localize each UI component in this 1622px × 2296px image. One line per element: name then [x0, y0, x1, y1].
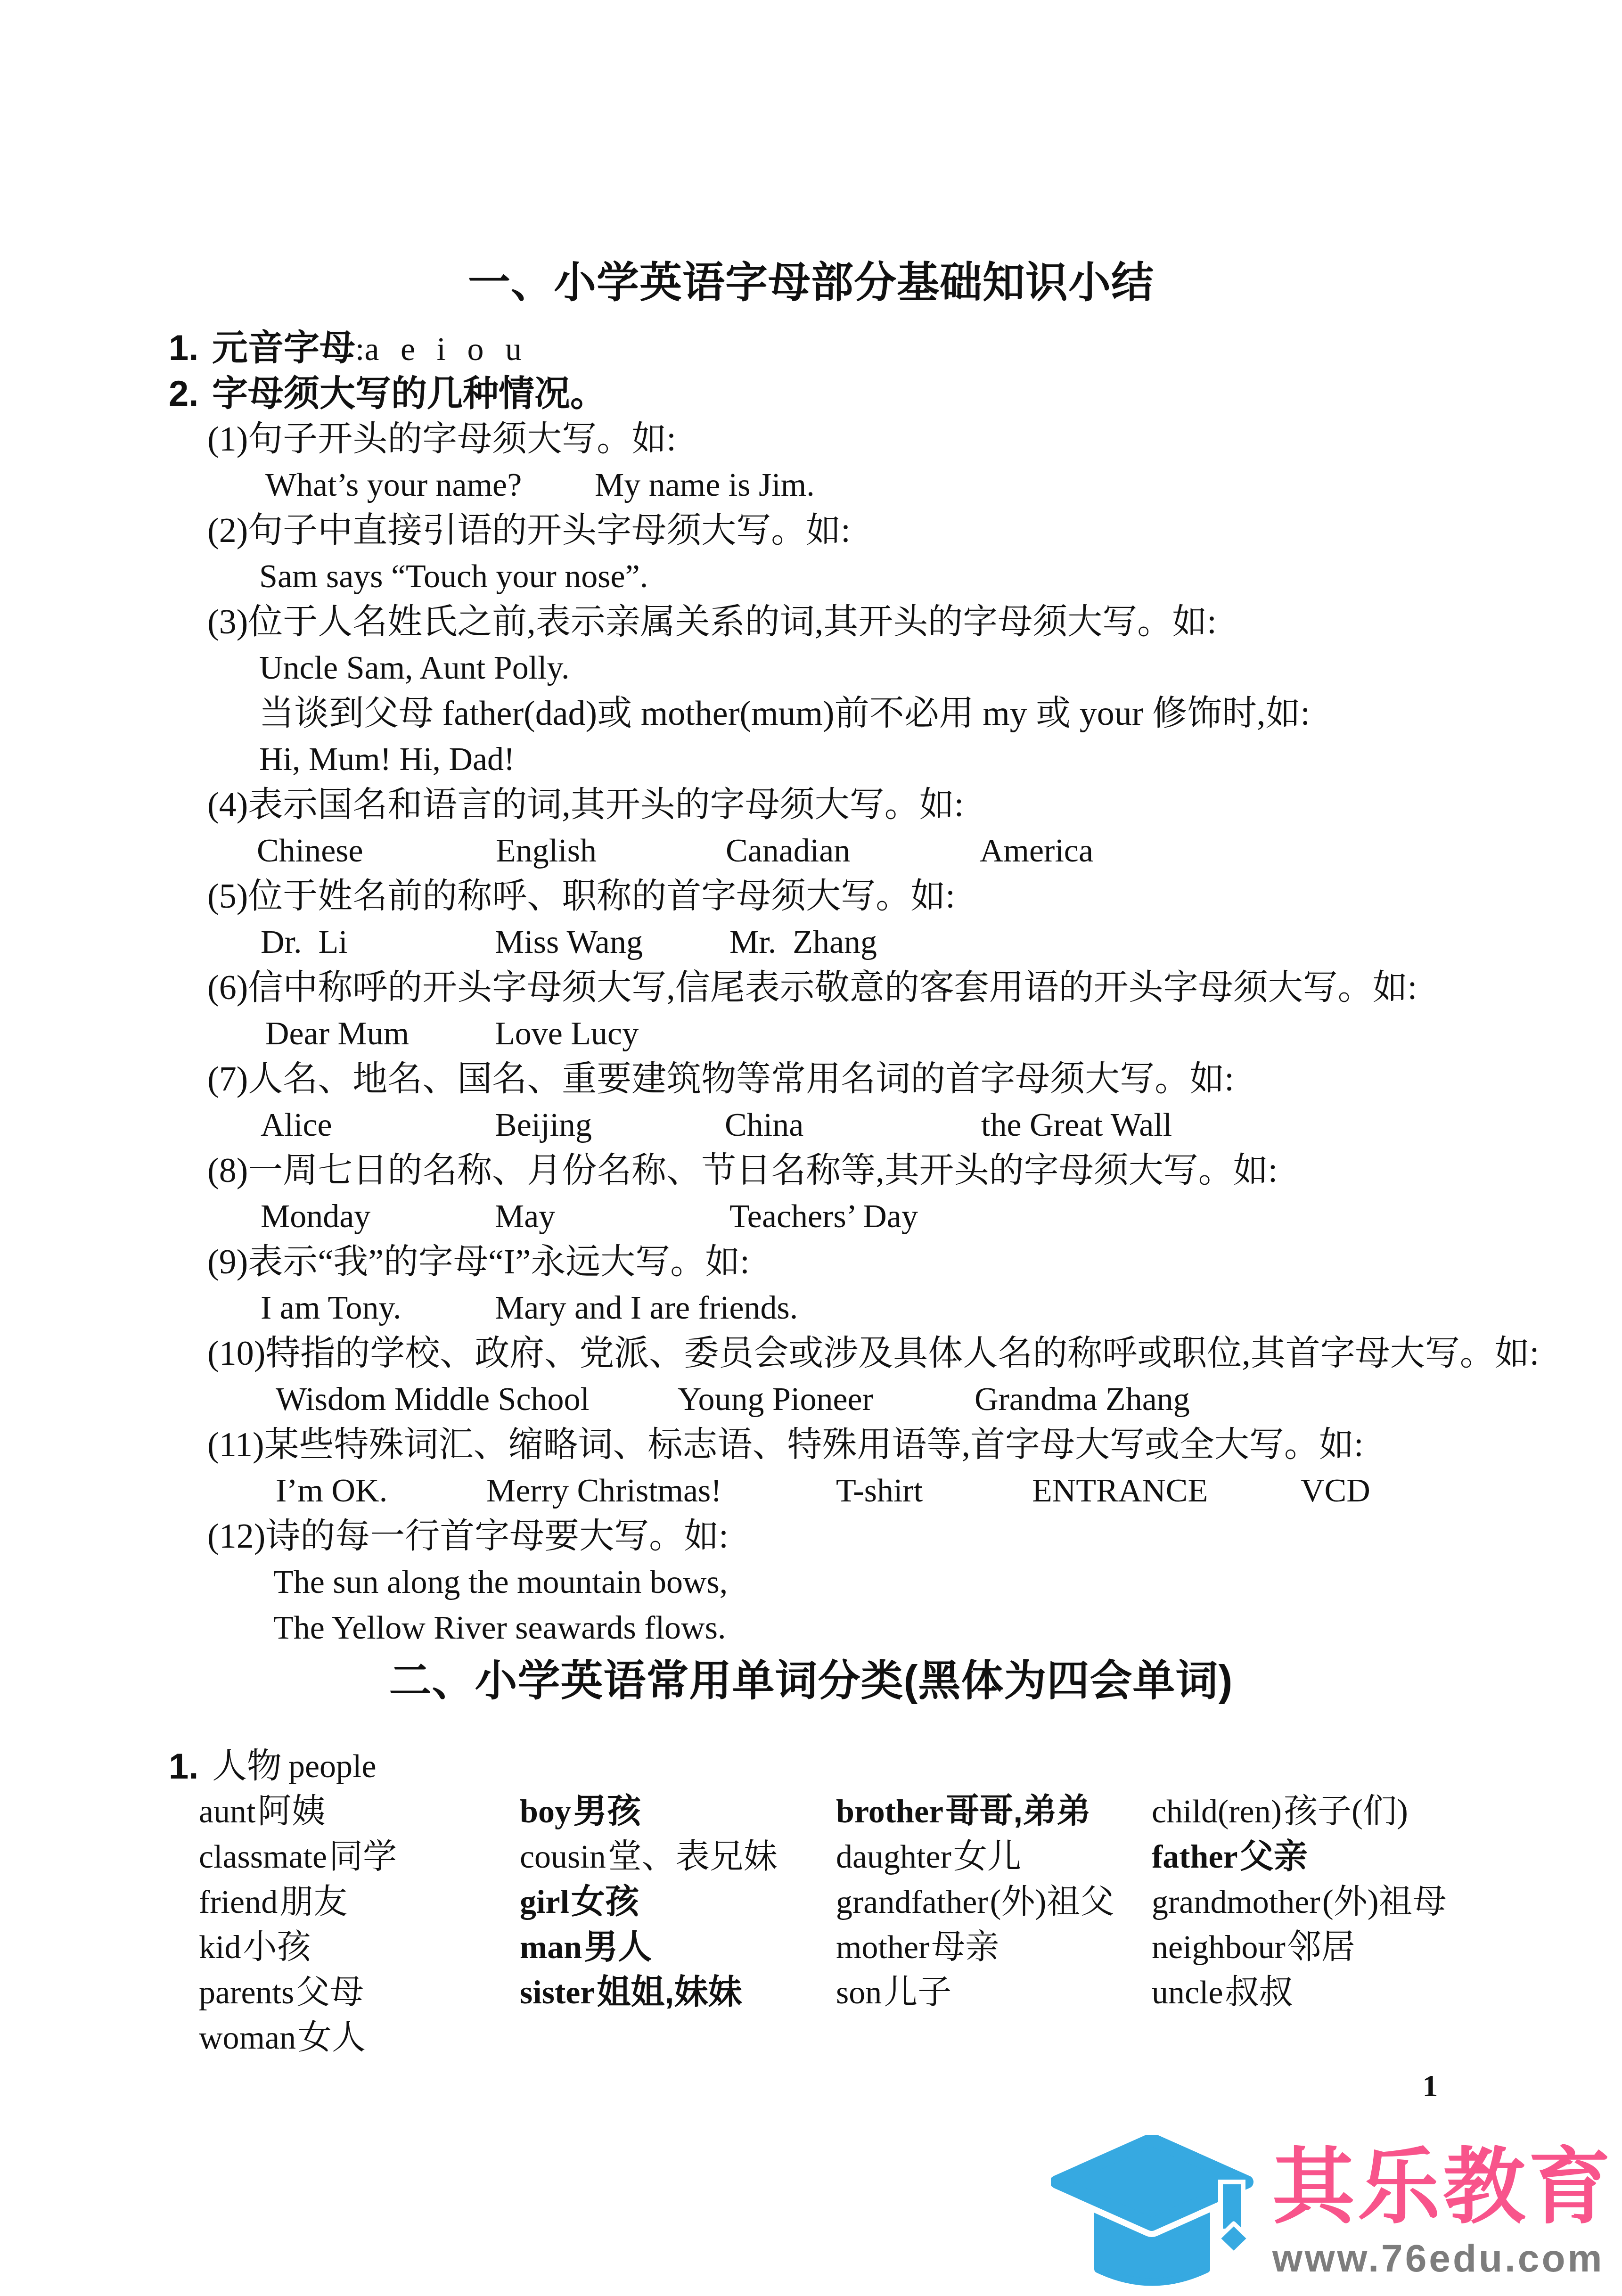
- doc-line: Sam says “Touch your nose”.: [0, 554, 1622, 599]
- doc-line: I am Tony.Mary and I are friends.: [0, 1285, 1622, 1331]
- example-item: Mary and I are friends.: [495, 1285, 798, 1331]
- note-text: 当谈到父母 father(dad)或 mother(mum)前不必用 my 或 …: [259, 691, 1310, 737]
- example-item: Alice: [261, 1102, 332, 1148]
- publisher-name: 其乐教育: [1272, 2145, 1614, 2230]
- doc-line: (5)位于姓名前的称呼、职称的首字母须大写。如:: [0, 874, 1622, 919]
- word-chinese: 女人: [298, 2018, 366, 2056]
- word-row: parents 父母sister 姐姐,妹妹son 儿子uncle 叔叔: [0, 1969, 1622, 2015]
- word-english: father: [1152, 1839, 1238, 1875]
- example-item: Canadian: [726, 828, 850, 874]
- category-number: 1.: [169, 1744, 198, 1789]
- doc-line: (2)句子中直接引语的开头字母须大写。如:: [0, 508, 1622, 554]
- example-item: T-shirt: [836, 1468, 923, 1514]
- rule-text: (3)位于人名姓氏之前,表示亲属关系的词,其开头的字母须大写。如:: [207, 599, 1217, 645]
- word-english: cousin: [520, 1839, 606, 1875]
- example-item: Teachers’ Day: [729, 1194, 918, 1239]
- rule-text: (10)特指的学校、政府、党派、委员会或涉及具体人名的称呼或职位,其首字母大写。…: [207, 1331, 1539, 1377]
- word-row: aunt 阿姨boy 男孩brother 哥哥,弟弟child(ren) 孩子(…: [0, 1788, 1622, 1834]
- graduation-cap-icon: [1051, 2135, 1277, 2295]
- section1-title: 一、小学英语字母部分基础知识小结: [0, 257, 1622, 309]
- word-chinese: 同学: [329, 1837, 397, 1875]
- example-item: I’m OK.: [276, 1468, 387, 1514]
- doc-line: (9)表示“我”的字母“I”永远大写。如:: [0, 1239, 1622, 1285]
- rule-text: (2)句子中直接引语的开头字母须大写。如:: [207, 508, 851, 554]
- doc-line: (12)诗的每一行首字母要大写。如:: [0, 1514, 1622, 1559]
- word-english: child(ren): [1152, 1794, 1282, 1830]
- example-item: What’s your name?: [265, 462, 522, 508]
- example-item: Young Pioneer: [678, 1377, 873, 1422]
- word-chinese: 阿姨: [258, 1792, 326, 1830]
- category-name-en: people: [288, 1744, 377, 1789]
- page-number: 1: [1402, 2070, 1458, 2103]
- example-item: Uncle Sam, Aunt Polly.: [259, 645, 570, 691]
- word-chinese: 女儿: [953, 1837, 1021, 1875]
- example-item: Sam says “Touch your nose”.: [259, 554, 648, 599]
- word-chinese: 哥哥,弟弟: [945, 1792, 1090, 1830]
- doc-line: What’s your name?My name is Jim.: [0, 462, 1622, 508]
- doc-line: (8)一周七日的名称、月份名称、节日名称等,其开头的字母须大写。如:: [0, 1148, 1622, 1194]
- word-chinese: 男人: [584, 1928, 652, 1966]
- doc-line: (3)位于人名姓氏之前,表示亲属关系的词,其开头的字母须大写。如:: [0, 599, 1622, 645]
- word-chinese: (外)祖母: [1322, 1883, 1447, 1920]
- line-bold-text: 字母须大写的几种情况。: [212, 374, 606, 414]
- word-chinese: 邻居: [1287, 1928, 1355, 1966]
- example-item: My name is Jim.: [595, 462, 815, 508]
- mortarboard-shape: [1057, 2140, 1247, 2224]
- section2-category-header: 1. 人物 people: [0, 1744, 1622, 1789]
- rule-text: (11)某些特殊词汇、缩略词、标志语、特殊用语等,首字母大写或全大写。如:: [207, 1422, 1364, 1468]
- example-item: the Great Wall: [981, 1102, 1172, 1148]
- word-chinese: 朋友: [279, 1883, 347, 1920]
- example-item: Dr. Li: [261, 919, 348, 965]
- example-item: China: [725, 1102, 803, 1148]
- word-english: kid: [199, 1929, 241, 1966]
- word-english: aunt: [199, 1794, 256, 1830]
- example-item: ENTRANCE: [1032, 1468, 1208, 1514]
- word-chinese: 女孩: [571, 1883, 639, 1920]
- word-chinese: 儿子: [884, 1973, 951, 2011]
- doc-line: 当谈到父母 father(dad)或 mother(mum)前不必用 my 或 …: [0, 691, 1622, 737]
- doc-line: I’m OK.Merry Christmas!T-shirtENTRANCEVC…: [0, 1468, 1622, 1514]
- doc-line: (10)特指的学校、政府、党派、委员会或涉及具体人名的称呼或职位,其首字母大写。…: [0, 1331, 1622, 1377]
- doc-line: Uncle Sam, Aunt Polly.: [0, 645, 1622, 691]
- word-english: friend: [199, 1884, 278, 1920]
- doc-line: MondayMayTeachers’ Day: [0, 1194, 1622, 1239]
- example-item: Beijing: [495, 1102, 592, 1148]
- tassel-knob-shape: [1218, 2223, 1249, 2254]
- example-item: The sun along the mountain bows,: [273, 1559, 728, 1605]
- page: 一、小学英语字母部分基础知识小结 1.元音字母:a e i o u2.字母须大写…: [0, 0, 1622, 2296]
- word-english: brother: [836, 1794, 943, 1830]
- word-english: classmate: [199, 1839, 327, 1875]
- word-english: uncle: [1152, 1975, 1223, 2011]
- category-name-cn: 人物: [212, 1744, 282, 1789]
- word-chinese: (外)祖父: [990, 1883, 1114, 1920]
- word-english: mother: [836, 1929, 929, 1966]
- doc-line: (11)某些特殊词汇、缩略词、标志语、特殊用语等,首字母大写或全大写。如:: [0, 1422, 1622, 1468]
- cap-gap-shape: [1057, 2140, 1247, 2224]
- example-item: Mr. Zhang: [729, 919, 877, 965]
- doc-line: 1.元音字母:a e i o u: [0, 325, 1622, 371]
- word-row: friend 朋友girl 女孩grandfather (外)祖父grandmo…: [0, 1879, 1622, 1924]
- doc-line: (6)信中称呼的开头字母须大写,信尾表示敬意的客套用语的开头字母须大写。如:: [0, 965, 1622, 1011]
- doc-line: The Yellow River seawards flows.: [0, 1605, 1622, 1651]
- word-row: kid 小孩man 男人mother 母亲neighbour 邻居: [0, 1924, 1622, 1969]
- doc-line: The sun along the mountain bows,: [0, 1559, 1622, 1605]
- example-item: English: [496, 828, 597, 874]
- rule-text: (5)位于姓名前的称呼、职称的首字母须大写。如:: [207, 874, 955, 919]
- word-chinese: 姐姐,妹妹: [597, 1973, 742, 2011]
- word-english: sister: [520, 1975, 595, 2011]
- line-rest-text: :a e i o u: [355, 331, 522, 368]
- doc-line: AliceBeijingChinathe Great Wall: [0, 1102, 1622, 1148]
- word-english: daughter: [836, 1839, 951, 1875]
- rule-text: (12)诗的每一行首字母要大写。如:: [207, 1514, 729, 1559]
- word-row: classmate 同学cousin 堂、表兄妹daughter 女儿fathe…: [0, 1834, 1622, 1879]
- doc-line: Wisdom Middle SchoolYoung PioneerGrandma…: [0, 1377, 1622, 1422]
- word-chinese: 堂、表兄妹: [608, 1837, 778, 1875]
- example-item: May: [495, 1194, 555, 1239]
- rule-text: (1)句子开头的字母须大写。如:: [207, 417, 676, 462]
- example-item: Monday: [261, 1194, 370, 1239]
- example-item: I am Tony.: [261, 1285, 401, 1331]
- section2-title: 二、小学英语常用单词分类(黑体为四会单词): [0, 1655, 1622, 1707]
- doc-line: Dear MumLove Lucy: [0, 1011, 1622, 1057]
- doc-line: (4)表示国名和语言的词,其开头的字母须大写。如:: [0, 782, 1622, 828]
- rule-text: (8)一周七日的名称、月份名称、节日名称等,其开头的字母须大写。如:: [207, 1148, 1278, 1194]
- line-number: 2.: [169, 371, 198, 417]
- example-item: Miss Wang: [495, 919, 643, 965]
- word-chinese: 父亲: [1240, 1837, 1308, 1875]
- word-row: woman 女人: [0, 2015, 1622, 2060]
- doc-line: Dr. LiMiss WangMr. Zhang: [0, 919, 1622, 965]
- word-english: son: [836, 1975, 882, 2011]
- word-entry: woman 女人: [199, 2015, 366, 2069]
- publisher-url: www.76edu.com: [1272, 2238, 1604, 2280]
- line-bold-text: 元音字母: [212, 328, 355, 368]
- example-item: Hi, Mum! Hi, Dad!: [259, 737, 515, 782]
- example-item: VCD: [1301, 1468, 1370, 1514]
- word-chinese: 小孩: [243, 1928, 311, 1966]
- example-item: Chinese: [257, 828, 363, 874]
- doc-line: (7)人名、地名、国名、重要建筑物等常用名词的首字母须大写。如:: [0, 1057, 1622, 1102]
- word-chinese: 母亲: [931, 1928, 999, 1966]
- word-english: grandfather: [836, 1884, 988, 1920]
- rule-text: (9)表示“我”的字母“I”永远大写。如:: [207, 1239, 750, 1285]
- word-english: boy: [520, 1794, 571, 1830]
- example-item: Dear Mum: [265, 1011, 409, 1057]
- word-english: woman: [199, 2020, 296, 2056]
- word-chinese: 叔叔: [1225, 1973, 1293, 2011]
- example-item: Grandma Zhang: [975, 1377, 1190, 1422]
- line-number: 1.: [169, 325, 198, 371]
- example-item: America: [980, 828, 1093, 874]
- word-english: parents: [199, 1975, 294, 2011]
- example-item: Merry Christmas!: [486, 1468, 722, 1514]
- rule-text: (4)表示国名和语言的词,其开头的字母须大写。如:: [207, 782, 964, 828]
- word-chinese: 父母: [296, 1973, 364, 2011]
- cap-base-shape: [1098, 2206, 1206, 2282]
- word-english: grandmother: [1152, 1884, 1320, 1920]
- rule-text: (6)信中称呼的开头字母须大写,信尾表示敬意的客套用语的开头字母须大写。如:: [207, 965, 1417, 1011]
- doc-line: ChineseEnglishCanadianAmerica: [0, 828, 1622, 874]
- rule-text: (7)人名、地名、国名、重要建筑物等常用名词的首字母须大写。如:: [207, 1057, 1234, 1102]
- tassel-band-shape: [1221, 2182, 1243, 2231]
- example-item: Love Lucy: [495, 1011, 639, 1057]
- doc-line: (1)句子开头的字母须大写。如:: [0, 417, 1622, 462]
- word-chinese: 孩子(们): [1284, 1792, 1408, 1830]
- word-english: neighbour: [1152, 1929, 1286, 1966]
- example-item: The Yellow River seawards flows.: [273, 1605, 726, 1651]
- doc-line: Hi, Mum! Hi, Dad!: [0, 737, 1622, 782]
- word-english: man: [520, 1929, 582, 1966]
- doc-line: 2.字母须大写的几种情况。: [0, 371, 1622, 417]
- word-english: girl: [520, 1884, 569, 1920]
- word-chinese: 男孩: [573, 1792, 641, 1830]
- example-item: Wisdom Middle School: [276, 1377, 590, 1422]
